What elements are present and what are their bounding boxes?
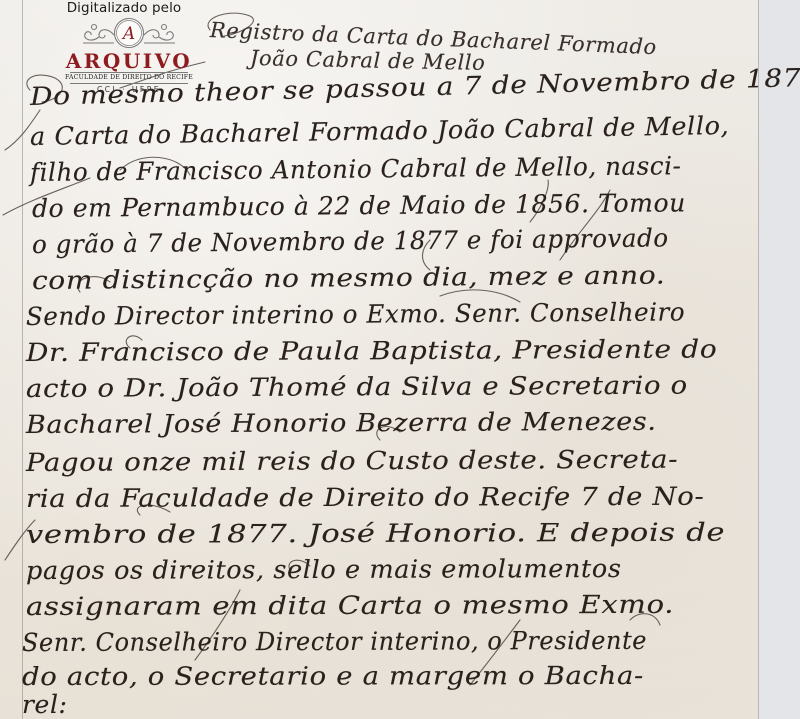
text-line-3: filho de Francisco Antonio Cabral de Mel… (30, 151, 682, 187)
text-line-6: com distincção no mesmo dia, mez e anno. (32, 260, 666, 295)
scan-background (759, 0, 800, 719)
archive-title: ARQUIVO (56, 51, 202, 71)
archive-tag: CCJ · UFPE (56, 85, 202, 95)
archive-emblem-icon: A (69, 17, 189, 49)
text-line-8: Dr. Francisco de Paula Baptista, Preside… (26, 334, 718, 367)
digitized-by-caption: Digitalizado pelo (46, 1, 202, 16)
text-line-13: vembro de 1877. José Honorio. E depois d… (26, 518, 725, 549)
text-line-4: do em Pernambuco à 22 de Maio de 1856. T… (32, 188, 686, 223)
text-line-2: a Carta do Bacharel Formado João Cabral … (30, 111, 730, 151)
text-line-16: Senr. Conselheiro Director interino, o P… (22, 626, 647, 657)
logo-divider-2 (70, 83, 188, 84)
archive-subtitle: FACULDADE DE DIREITO DO RECIFE (56, 73, 202, 82)
heading-line-2: João Cabral de Mello (250, 46, 486, 75)
svg-text:A: A (121, 24, 135, 44)
text-line-17: do acto, o Secretario e a margem o Bacha… (22, 661, 644, 691)
text-line-7: Sendo Director interino o Exmo. Senr. Co… (26, 297, 685, 331)
text-line-5: o grão à 7 de Novembro de 1877 e foi app… (32, 223, 669, 259)
archive-watermark-logo: Digitalizado pelo A ARQUIVO FACULDADE DE… (56, 0, 202, 92)
text-line-15: assignaram em dita Carta o mesmo Exmo. (26, 590, 674, 621)
text-line-11: Pagou onze mil reis do Custo deste. Secr… (26, 445, 678, 477)
text-line-14: pagos os direitos, sello e mais emolumen… (26, 554, 622, 585)
text-line-18: rel: (22, 690, 68, 719)
text-line-10: Bacharel José Honorio Bezerra de Menezes… (26, 407, 657, 439)
manuscript-text: Registro da Carta do Bacharel Formado Jo… (0, 0, 758, 719)
text-line-9: acto o Dr. João Thomé da Silva e Secreta… (26, 371, 688, 403)
text-line-12: ria da Faculdade de Direito do Recife 7 … (26, 482, 704, 513)
